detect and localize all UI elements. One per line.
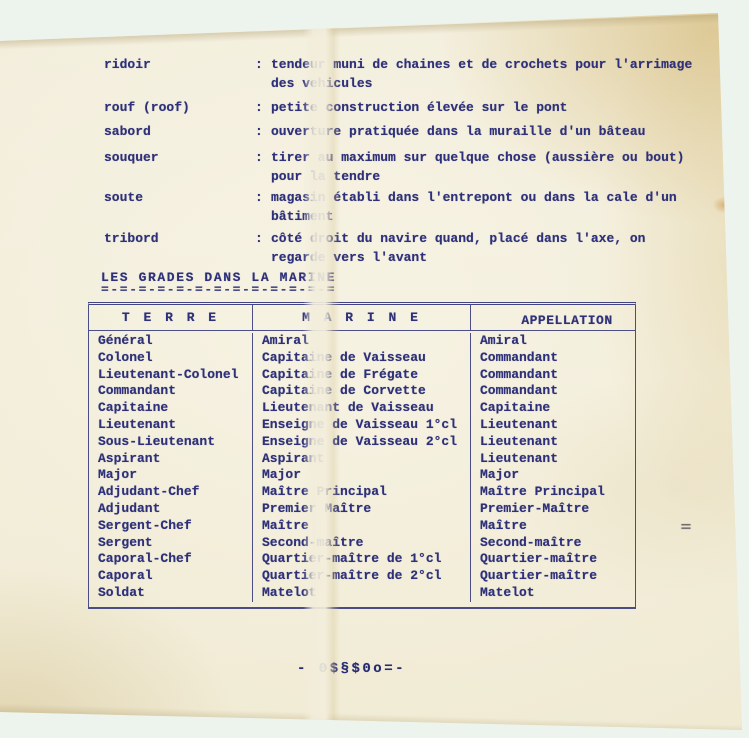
table-row: Colonel Capitaine de Vaisseau Commandant xyxy=(89,350,635,367)
terre-cell: Commandant xyxy=(89,383,253,400)
terre-cell: Sergent xyxy=(89,535,253,552)
definition-colon: : xyxy=(255,122,271,141)
definition-text: tirer au maximum sur quelque chose (auss… xyxy=(271,148,705,186)
flourish: - 0$§$0o=- xyxy=(297,661,406,677)
definition-entry: tribord : côté droit du navire quand, pl… xyxy=(104,229,705,267)
table-row: Lieutenant Enseigne de Vaisseau 1°cl Lie… xyxy=(89,417,635,434)
appellation-cell: Maître Principal xyxy=(471,484,635,501)
appellation-cell: Maître xyxy=(471,518,635,535)
terre-cell: Colonel xyxy=(89,350,253,367)
appellation-cell: Commandant xyxy=(471,367,635,384)
definition-colon: : xyxy=(255,148,271,186)
definition-colon: : xyxy=(255,98,271,117)
grades-table-header: T E R R E M A R I N E APPELLATION xyxy=(89,305,635,331)
terre-cell: Lieutenant xyxy=(89,417,253,434)
terre-cell: Soldat xyxy=(89,585,253,602)
terre-cell: Sous-Lieutenant xyxy=(89,434,253,451)
terre-cell: Major xyxy=(89,467,253,484)
table-row: Sergent-Chef Maître Maître xyxy=(89,518,635,535)
table-row: Commandant Capitaine de Corvette Command… xyxy=(89,383,635,400)
appellation-cell: Lieutenant xyxy=(471,451,635,468)
definition-text: ouverture pratiquée dans la muraille d'u… xyxy=(271,122,705,141)
terre-cell: Adjudant xyxy=(89,501,253,518)
definition-entry: souquer : tirer au maximum sur quelque c… xyxy=(104,148,705,186)
appellation-cell: Amiral xyxy=(471,333,635,350)
appellation-cell: Premier-Maître xyxy=(471,501,635,518)
grades-table: T E R R E M A R I N E APPELLATION Généra… xyxy=(88,302,636,609)
marine-cell: Capitaine de Corvette xyxy=(253,383,471,400)
definition-term: sabord xyxy=(104,122,255,141)
definition-text: petite construction élevée sur le pont xyxy=(271,98,705,117)
definition-term: soute xyxy=(104,188,255,226)
marine-cell: Quartier-maître de 2°cl xyxy=(253,568,471,585)
paper-bottom-edge-shadow xyxy=(0,703,749,736)
terre-cell: Sergent-Chef xyxy=(89,518,253,535)
marine-cell: Enseigne de Vaisseau 2°cl xyxy=(253,434,471,451)
marine-cell: Maître Principal xyxy=(253,484,471,501)
marine-cell: Amiral xyxy=(253,333,471,350)
table-row: Capitaine Lieutenant de Vaisseau Capitai… xyxy=(89,400,635,417)
terre-cell: Capitaine xyxy=(89,400,253,417)
appellation-cell: Lieutenant xyxy=(471,434,635,451)
definition-colon: : xyxy=(255,229,271,267)
terre-cell: Lieutenant-Colonel xyxy=(89,367,253,384)
terre-cell: Caporal-Chef xyxy=(89,551,253,568)
table-row: Soldat Matelot Matelot xyxy=(89,585,635,602)
marine-cell: Capitaine de Vaisseau xyxy=(253,350,471,367)
table-row: Adjudant-Chef Maître Principal Maître Pr… xyxy=(89,484,635,501)
definition-term: rouf (roof) xyxy=(104,98,255,117)
appellation-cell: Matelot xyxy=(471,585,635,602)
appellation-cell: Second-maître xyxy=(471,535,635,552)
marine-cell: Quartier-maître de 1°cl xyxy=(253,551,471,568)
terre-cell: Caporal xyxy=(89,568,253,585)
grades-table-body: Général Amiral Amiral Colonel Capitaine … xyxy=(89,331,635,607)
definition-entry: rouf (roof) : petite construction élevée… xyxy=(104,98,705,117)
appellation-cell: Lieutenant xyxy=(471,417,635,434)
column-header-terre: T E R R E xyxy=(89,305,253,330)
terre-cell: Adjudant-Chef xyxy=(89,484,253,501)
appellation-cell: Commandant xyxy=(471,383,635,400)
marine-cell: Matelot xyxy=(253,585,471,602)
appellation-cell: Quartier-maître xyxy=(471,551,635,568)
marine-cell: Enseigne de Vaisseau 1°cl xyxy=(253,417,471,434)
margin-pencil-mark: = xyxy=(680,520,691,535)
marine-cell: Second-maître xyxy=(253,535,471,552)
definition-colon: : xyxy=(255,188,271,226)
table-row: Major Major Major xyxy=(89,467,635,484)
marine-cell: Lieutenant de Vaisseau xyxy=(253,400,471,417)
marine-cell: Premier Maître xyxy=(253,501,471,518)
terre-cell: Général xyxy=(89,333,253,350)
marine-cell: Capitaine de Frégate xyxy=(253,367,471,384)
definition-entry: ridoir : tendeur muni de chaines et de c… xyxy=(104,55,705,93)
table-row: Caporal-Chef Quartier-maître de 1°cl Qua… xyxy=(89,551,635,568)
table-row: Sergent Second-maître Second-maître xyxy=(89,535,635,552)
column-header-appellation: APPELLATION xyxy=(471,305,635,330)
table-row: Adjudant Premier Maître Premier-Maître xyxy=(89,501,635,518)
definition-text: côté droit du navire quand, placé dans l… xyxy=(271,229,705,267)
title-underline: =-=-=-=-=-=-=-=-=-=-=-=-= xyxy=(101,283,336,296)
paper-top-edge-shadow xyxy=(0,12,749,50)
terre-cell: Aspirant xyxy=(89,451,253,468)
definition-entry: sabord : ouverture pratiquée dans la mur… xyxy=(104,122,705,141)
definition-term: ridoir xyxy=(104,55,255,93)
marine-cell: Aspirant xyxy=(253,451,471,468)
definition-colon: : xyxy=(255,55,271,93)
column-header-marine: M A R I N E xyxy=(253,305,471,330)
table-row: Caporal Quartier-maître de 2°cl Quartier… xyxy=(89,568,635,585)
appellation-cell: Quartier-maître xyxy=(471,568,635,585)
definition-term: souquer xyxy=(104,148,255,186)
table-row: Général Amiral Amiral xyxy=(89,333,635,350)
marine-cell: Maître xyxy=(253,518,471,535)
definition-text: tendeur muni de chaines et de crochets p… xyxy=(271,55,705,93)
paper-sheet: ridoir : tendeur muni de chaines et de c… xyxy=(0,0,749,738)
definition-term: tribord xyxy=(104,229,255,267)
marine-cell: Major xyxy=(253,467,471,484)
appellation-cell: Capitaine xyxy=(471,400,635,417)
table-row: Sous-Lieutenant Enseigne de Vaisseau 2°c… xyxy=(89,434,635,451)
appellation-cell: Major xyxy=(471,467,635,484)
definition-text: magasin établi dans l'entrepont ou dans … xyxy=(271,188,705,226)
table-row: Lieutenant-Colonel Capitaine de Frégate … xyxy=(89,367,635,384)
appellation-cell: Commandant xyxy=(471,350,635,367)
definition-entry: soute : magasin établi dans l'entrepont … xyxy=(104,188,705,226)
table-row: Aspirant Aspirant Lieutenant xyxy=(89,451,635,468)
